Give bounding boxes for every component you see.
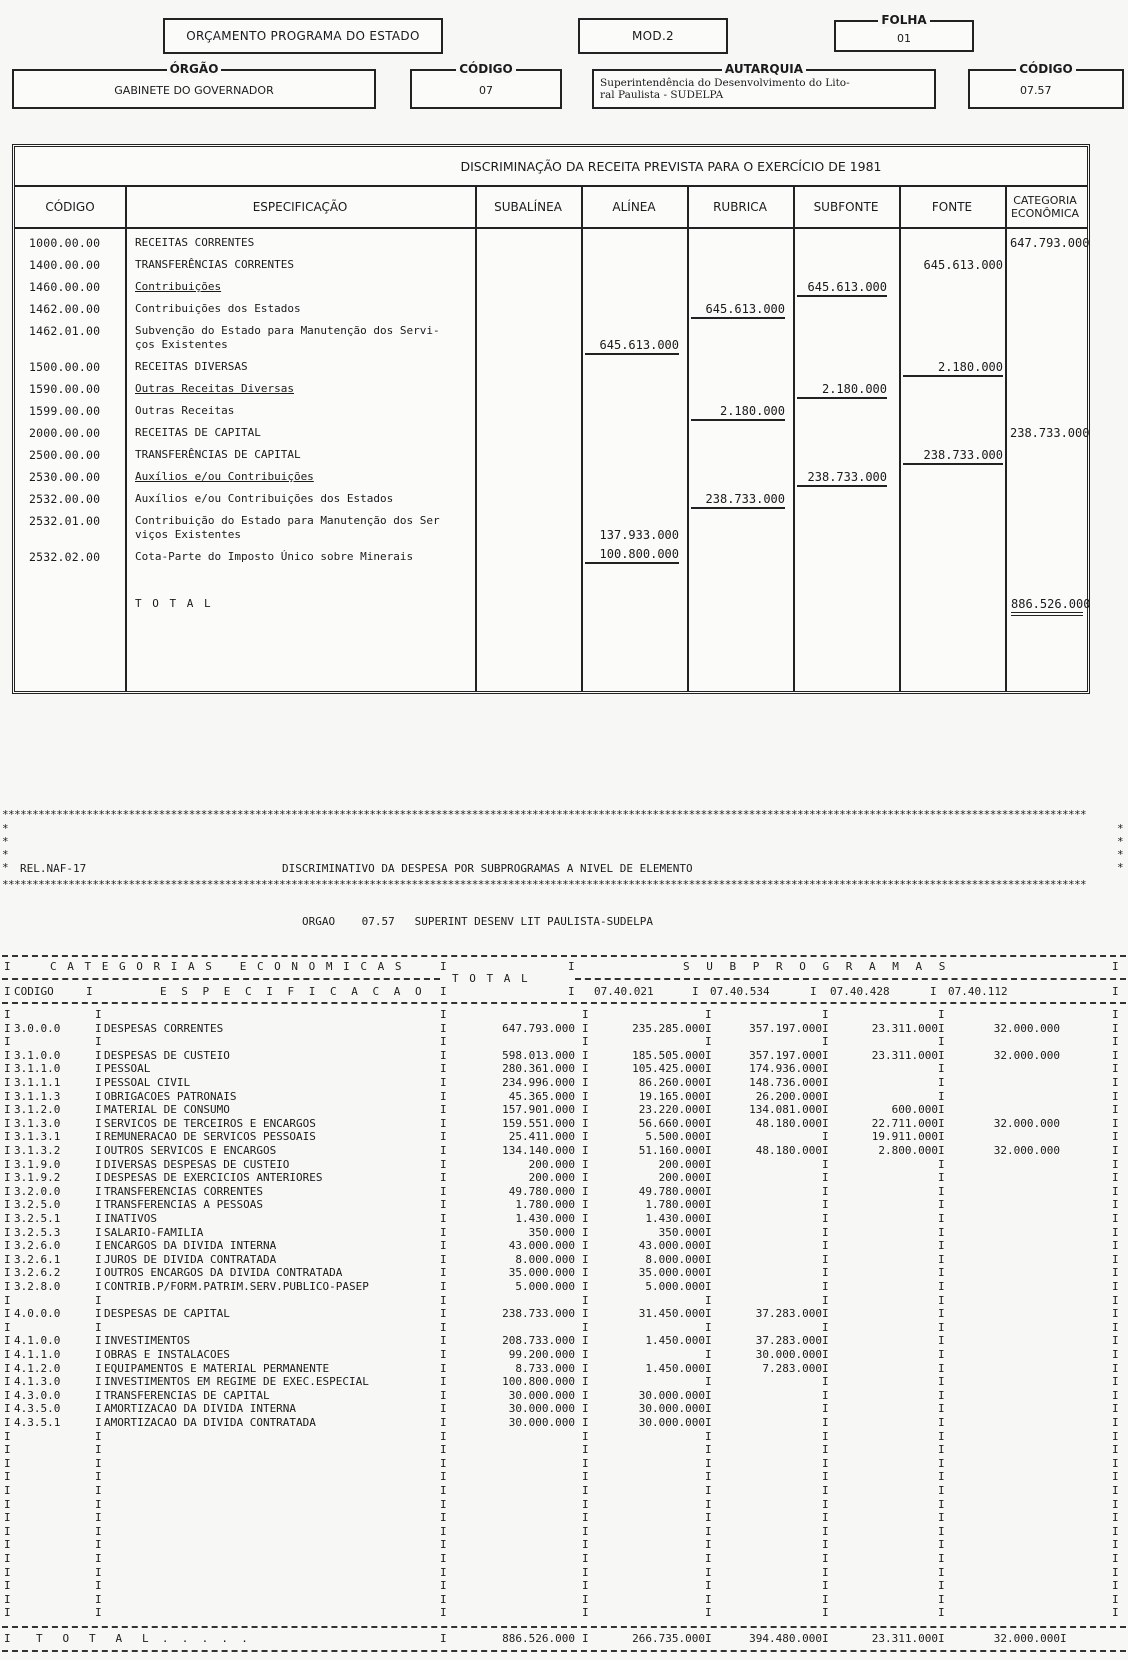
bar-glyph: I <box>705 1008 712 1022</box>
row-subprog-1: 8.000.000 <box>590 1253 705 1267</box>
row-code: 3.2.6.2 <box>14 1266 60 1280</box>
row-code: 3.2.6.1 <box>14 1253 60 1267</box>
bar-glyph: I <box>822 1348 829 1362</box>
row-subprog-2: 30.000.000 <box>712 1348 822 1362</box>
bar-glyph: I <box>938 1239 945 1253</box>
table-row: IIIIIIII <box>0 1484 1128 1498</box>
bar-glyph: I <box>582 1389 589 1403</box>
bar-glyph: I <box>4 1266 11 1280</box>
bar-glyph: I <box>4 1470 11 1484</box>
bar-glyph: I <box>938 1416 945 1430</box>
bar-glyph: I <box>95 1484 102 1498</box>
row-total: 49.780.000 <box>450 1185 575 1199</box>
bar-glyph: I <box>822 1049 829 1063</box>
row-total: 598.013.000 <box>450 1049 575 1063</box>
table-row: I3.2.5.0ITRANSFERENCIAS A PESSOASI1.780.… <box>0 1198 1128 1212</box>
row-code: 3.1.1.0 <box>14 1062 60 1076</box>
bar-glyph: I <box>705 1632 712 1646</box>
bar-glyph: I <box>1112 1430 1119 1444</box>
row-desc: JUROS DE DIVIDA CONTRATADA <box>104 1253 276 1267</box>
bar-glyph: I <box>95 1416 102 1430</box>
bar-glyph: I <box>582 1280 589 1294</box>
bar-glyph: I <box>440 1566 447 1580</box>
table-row: I3.1.1.1IPESSOAL CIVILI234.996.000I86.26… <box>0 1076 1128 1090</box>
bar-glyph: I <box>1112 1090 1119 1104</box>
receita-subfonte: 238.733.000 <box>797 470 887 487</box>
bar-glyph: I <box>582 1022 589 1036</box>
bar-glyph: I <box>822 1470 829 1484</box>
row-subprog-1: 19.165.000 <box>590 1090 705 1104</box>
row-desc: ENCARGOS DA DIVIDA INTERNA <box>104 1239 276 1253</box>
bar-glyph: I <box>4 1144 11 1158</box>
bar-glyph: I <box>938 1294 945 1308</box>
bar-glyph: I <box>1112 1334 1119 1348</box>
table-row: I4.1.2.0IEQUIPAMENTOS E MATERIAL PERMANE… <box>0 1362 1128 1376</box>
bar-glyph: I <box>938 1538 945 1552</box>
bar-glyph: I <box>4 1117 11 1131</box>
bar-glyph: I <box>822 1375 829 1389</box>
bar-glyph: I <box>4 1321 11 1335</box>
table-row: I4.0.0.0IDESPESAS DE CAPITALI238.733.000… <box>0 1307 1128 1321</box>
row-subprog-4: 32.000.000 <box>950 1022 1060 1036</box>
row-total: 25.411.000 <box>450 1130 575 1144</box>
bar-glyph: I <box>1112 1253 1119 1267</box>
bar-glyph: I <box>822 1103 829 1117</box>
bar-glyph: I <box>705 1266 712 1280</box>
table-row: IIIIIIII <box>0 1035 1128 1049</box>
row-subprog-1: 1.430.000 <box>590 1212 705 1226</box>
bar-glyph: I <box>4 1430 11 1444</box>
bar-glyph: I <box>938 1375 945 1389</box>
bar-glyph: I <box>1112 1457 1119 1471</box>
bar-glyph: I <box>938 1566 945 1580</box>
row-total: 200.000 <box>450 1171 575 1185</box>
bar-glyph: I <box>1112 1144 1119 1158</box>
receita-spec: Auxílios e/ou Contribuições <box>135 470 470 484</box>
bar-glyph: I <box>440 1307 447 1321</box>
bar-glyph: I <box>582 1171 589 1185</box>
despesa-total-value: 886.526.000 <box>450 1632 575 1646</box>
bar-glyph: I <box>705 1552 712 1566</box>
row-subprog-2: 357.197.000 <box>712 1049 822 1063</box>
bar-glyph: I <box>938 1632 945 1646</box>
bar-glyph: I <box>440 1593 447 1607</box>
bar-glyph: I <box>440 1389 447 1403</box>
bar-glyph: I <box>705 1144 712 1158</box>
receita-code: 2532.02.00 <box>29 550 124 564</box>
bar-glyph: I <box>4 1525 11 1539</box>
bar-glyph: I <box>4 1593 11 1607</box>
table-row: I3.2.8.0ICONTRIB.P/FORM.PATRIM.SERV.PUBL… <box>0 1280 1128 1294</box>
bar-glyph: I <box>440 1103 447 1117</box>
bar-glyph: I <box>705 1457 712 1471</box>
bar-glyph: I <box>4 985 11 999</box>
bar-glyph: I <box>440 1294 447 1308</box>
receita-categoria: 238.733.000 <box>1010 426 1082 440</box>
folha-value: 01 <box>836 32 972 45</box>
bar-glyph: I <box>705 1579 712 1593</box>
bar-glyph: I <box>705 1158 712 1172</box>
bar-glyph: I <box>95 1062 102 1076</box>
bar-glyph: I <box>95 1212 102 1226</box>
receita-spec: Cota-Parte do Imposto Único sobre Minera… <box>135 550 470 564</box>
bar-glyph: I <box>4 1158 11 1172</box>
bar-glyph: I <box>938 1226 945 1240</box>
bar-glyph: I <box>705 1593 712 1607</box>
bar-glyph: I <box>1112 1606 1119 1620</box>
table-row: IIIIIIII <box>0 1470 1128 1484</box>
row-total: 43.000.000 <box>450 1239 575 1253</box>
bar-glyph: I <box>440 1484 447 1498</box>
bar-glyph: I <box>95 1334 102 1348</box>
bar-glyph: I <box>1112 1307 1119 1321</box>
bar-glyph: I <box>705 1538 712 1552</box>
bar-glyph: I <box>822 1511 829 1525</box>
bar-glyph: I <box>582 1375 589 1389</box>
bar-glyph: I <box>582 1484 589 1498</box>
codigo-label: CÓDIGO <box>456 62 515 76</box>
bar-glyph: I <box>938 1470 945 1484</box>
row-total: 238.733.000 <box>450 1307 575 1321</box>
row-subprog-1: 350.000 <box>590 1226 705 1240</box>
bar-glyph: I <box>938 1498 945 1512</box>
bar-glyph: I <box>95 1239 102 1253</box>
bar-glyph: I <box>1112 1158 1119 1172</box>
subprograma-1: 07.40.021 <box>594 985 654 999</box>
bar-glyph: I <box>4 1253 11 1267</box>
bar-glyph: I <box>582 1090 589 1104</box>
bar-glyph: I <box>582 1511 589 1525</box>
col-header-especificacao: ESPECIFICAÇÃO <box>125 187 475 227</box>
report-title: DISCRIMINATIVO DA DESPESA POR SUBPROGRAM… <box>282 862 693 876</box>
bar-glyph: I <box>4 1632 11 1646</box>
row-total: 45.365.000 <box>450 1090 575 1104</box>
row-subprog-2: 134.081.000 <box>712 1103 822 1117</box>
bar-glyph: I <box>822 1198 829 1212</box>
bar-glyph: I <box>705 1566 712 1580</box>
bar-glyph: I <box>4 1198 11 1212</box>
bar-glyph: I <box>822 1280 829 1294</box>
table-row: I3.2.6.2IOUTROS ENCARGOS DA DIVIDA CONTR… <box>0 1266 1128 1280</box>
bar-glyph: I <box>938 1076 945 1090</box>
bar-glyph: I <box>1112 1076 1119 1090</box>
table-row: I4.3.0.0ITRANSFERENCIAS DE CAPITALI30.00… <box>0 1389 1128 1403</box>
row-total: 350.000 <box>450 1226 575 1240</box>
header-categorias: C A T E G O R I A S E C O N O M I C A S <box>50 960 404 974</box>
bar-glyph: I <box>1112 1103 1119 1117</box>
bar-glyph: I <box>1112 960 1119 974</box>
bar-glyph: I <box>440 1362 447 1376</box>
receita-alinea: 100.800.000 <box>585 547 679 564</box>
bar-glyph: I <box>582 1144 589 1158</box>
bar-glyph: I <box>95 1117 102 1131</box>
receita-code: 1460.00.00 <box>29 280 124 294</box>
bar-glyph: I <box>440 1049 447 1063</box>
table-row: IIIIIIII <box>0 1552 1128 1566</box>
row-total: 8.000.000 <box>450 1253 575 1267</box>
row-desc: OBRAS E INSTALACOES <box>104 1348 230 1362</box>
row-code: 3.2.5.3 <box>14 1226 60 1240</box>
bar-glyph: I <box>1112 1130 1119 1144</box>
row-total: 30.000.000 <box>450 1416 575 1430</box>
dash-line <box>2 955 1126 957</box>
table-row: I3.1.9.2IDESPESAS DE EXERCICIOS ANTERIOR… <box>0 1171 1128 1185</box>
row-subprog-1: 200.000 <box>590 1171 705 1185</box>
bar-glyph: I <box>440 1525 447 1539</box>
codigo-value: 07 <box>412 84 560 97</box>
bar-glyph: I <box>95 1144 102 1158</box>
receita-spec: RECEITAS CORRENTES <box>135 236 470 250</box>
bar-glyph: I <box>938 1606 945 1620</box>
bar-glyph: I <box>1112 1402 1119 1416</box>
bar-glyph: I <box>4 1008 11 1022</box>
receita-spec: Contribuições <box>135 280 470 294</box>
bar-glyph: I <box>822 1185 829 1199</box>
bar-glyph: I <box>4 1239 11 1253</box>
receita-rubrica: 2.180.000 <box>691 404 785 421</box>
form-title-box: ORÇAMENTO PROGRAMA DO ESTADO <box>163 18 443 54</box>
bar-glyph: I <box>95 1266 102 1280</box>
bar-glyph: I <box>4 1498 11 1512</box>
col-header-fonte: FONTE <box>899 187 1005 227</box>
dash-line <box>2 1002 1126 1004</box>
bar-glyph: I <box>4 1362 11 1376</box>
bar-glyph: I <box>440 1022 447 1036</box>
bar-glyph: I <box>440 1239 447 1253</box>
col-divider <box>581 187 583 691</box>
bar-glyph: I <box>582 1239 589 1253</box>
row-desc: AMORTIZACAO DA DIVIDA CONTRATADA <box>104 1416 316 1430</box>
table-row: IIIIIIII <box>0 1430 1128 1444</box>
bar-glyph: I <box>4 1416 11 1430</box>
table-row: IIIIIIII <box>0 1457 1128 1471</box>
bar-glyph: I <box>705 1117 712 1131</box>
bar-glyph: I <box>95 1130 102 1144</box>
bar-glyph: I <box>4 1457 11 1471</box>
subprograma-3: 07.40.428 <box>830 985 890 999</box>
bar-glyph: I <box>440 1171 447 1185</box>
row-subprog-2: 37.283.000 <box>712 1307 822 1321</box>
bar-glyph: I <box>4 1185 11 1199</box>
table-row: I3.1.1.3IOBRIGACOES PATRONAISI45.365.000… <box>0 1090 1128 1104</box>
bar-glyph: I <box>938 1049 945 1063</box>
bar-glyph: I <box>938 1035 945 1049</box>
bar-glyph: I <box>1112 1239 1119 1253</box>
bar-glyph: I <box>822 1538 829 1552</box>
bar-glyph: I <box>582 1062 589 1076</box>
row-subprog-1: 185.505.000 <box>590 1049 705 1063</box>
row-total: 159.551.000 <box>450 1117 575 1131</box>
table-row: I4.1.0.0IINVESTIMENTOSI208.733.000I1.450… <box>0 1334 1128 1348</box>
autarquia-line1: Superintendência do Desenvolvimento do L… <box>600 77 934 89</box>
bar-glyph: I <box>95 1253 102 1267</box>
bar-glyph: I <box>95 1457 102 1471</box>
bar-glyph: I <box>440 1226 447 1240</box>
row-total: 280.361.000 <box>450 1062 575 1076</box>
bar-glyph: I <box>4 1226 11 1240</box>
bar-glyph: I <box>822 1130 829 1144</box>
bar-glyph: I <box>705 1606 712 1620</box>
bar-glyph: I <box>95 1402 102 1416</box>
bar-glyph: I <box>705 1171 712 1185</box>
bar-glyph: I <box>938 1171 945 1185</box>
bar-glyph: I <box>440 1090 447 1104</box>
row-subprog-1: 5.500.000 <box>590 1130 705 1144</box>
bar-glyph: I <box>4 1566 11 1580</box>
receita-code: 2532.01.00 <box>29 514 124 528</box>
bar-glyph: I <box>822 1090 829 1104</box>
row-code: 3.1.9.2 <box>14 1171 60 1185</box>
bar-glyph: I <box>1112 1198 1119 1212</box>
bar-glyph: I <box>1112 1470 1119 1484</box>
bar-glyph: I <box>95 1022 102 1036</box>
bar-glyph: I <box>95 1525 102 1539</box>
bar-glyph: I <box>822 1484 829 1498</box>
bar-glyph: I <box>4 1389 11 1403</box>
row-desc: REMUNERACAO DE SERVICOS PESSOAIS <box>104 1130 316 1144</box>
row-code: 3.2.5.1 <box>14 1212 60 1226</box>
bar-glyph: I <box>440 960 447 974</box>
bar-glyph: I <box>1112 1321 1119 1335</box>
row-code: 4.0.0.0 <box>14 1307 60 1321</box>
stars-border-top: ****************************************… <box>2 808 1126 821</box>
table-row: I3.1.2.0IMATERIAL DE CONSUMOI157.901.000… <box>0 1103 1128 1117</box>
bar-glyph: I <box>705 1334 712 1348</box>
bar-glyph: I <box>95 1511 102 1525</box>
col-header-alinea: ALÍNEA <box>581 187 687 227</box>
bar-glyph: I <box>938 1198 945 1212</box>
bar-glyph: I <box>705 1035 712 1049</box>
table-row: I4.3.5.1IAMORTIZACAO DA DIVIDA CONTRATAD… <box>0 1416 1128 1430</box>
row-total: 8.733.000 <box>450 1362 575 1376</box>
bar-glyph: I <box>938 1430 945 1444</box>
bar-glyph: I <box>938 1212 945 1226</box>
despesa-total-s1: 266.735.000 <box>590 1632 705 1646</box>
row-subprog-1: 5.000.000 <box>590 1280 705 1294</box>
row-desc: AMORTIZACAO DA DIVIDA INTERNA <box>104 1402 296 1416</box>
bar-glyph: I <box>582 1158 589 1172</box>
bar-glyph: I <box>440 1457 447 1471</box>
bar-glyph: I <box>4 1511 11 1525</box>
row-desc: INVESTIMENTOS EM REGIME DE EXEC.ESPECIAL <box>104 1375 369 1389</box>
bar-glyph: I <box>705 1416 712 1430</box>
row-code: 4.1.3.0 <box>14 1375 60 1389</box>
bar-glyph: I <box>582 1198 589 1212</box>
bar-glyph: I <box>938 1484 945 1498</box>
row-code: 3.1.1.1 <box>14 1076 60 1090</box>
bar-glyph: I <box>582 1443 589 1457</box>
autarquia-line2: ral Paulista - SUDELPA <box>600 89 934 101</box>
bar-glyph: I <box>440 1130 447 1144</box>
bar-glyph: I <box>1112 1443 1119 1457</box>
bar-glyph: I <box>95 1049 102 1063</box>
header-total: T O T A L <box>452 972 530 986</box>
bar-glyph: I <box>4 1076 11 1090</box>
bar-glyph: I <box>822 1579 829 1593</box>
header-subprogramas: S U B P R O G R A M A S <box>683 960 950 974</box>
receita-alinea: 137.933.000 <box>585 528 679 542</box>
bar-glyph: I <box>95 1185 102 1199</box>
bar-glyph: I <box>705 1198 712 1212</box>
bar-glyph: I <box>4 1579 11 1593</box>
row-total: 30.000.000 <box>450 1402 575 1416</box>
row-code: 3.2.6.0 <box>14 1239 60 1253</box>
row-subprog-2: 174.936.000 <box>712 1062 822 1076</box>
bar-glyph: I <box>4 1280 11 1294</box>
star-left: **** <box>2 822 9 874</box>
bar-glyph: I <box>86 985 93 999</box>
bar-glyph: I <box>822 1443 829 1457</box>
bar-glyph: I <box>705 1103 712 1117</box>
bar-glyph: I <box>582 1049 589 1063</box>
bar-glyph: I <box>705 1307 712 1321</box>
row-total: 157.901.000 <box>450 1103 575 1117</box>
bar-glyph: I <box>95 1470 102 1484</box>
bar-glyph: I <box>440 1498 447 1512</box>
row-subprog-1: 35.000.000 <box>590 1266 705 1280</box>
row-subprog-3: 19.911.000 <box>830 1130 938 1144</box>
bar-glyph: I <box>582 1470 589 1484</box>
bar-glyph: I <box>582 1430 589 1444</box>
bar-glyph: I <box>568 985 575 999</box>
bar-glyph: I <box>582 1579 589 1593</box>
bar-glyph: I <box>705 1239 712 1253</box>
bar-glyph: I <box>822 1606 829 1620</box>
report-id: REL.NAF-17 <box>20 862 86 876</box>
bar-glyph: I <box>4 1090 11 1104</box>
table-row: I3.2.5.3ISALARIO-FAMILIAI350.000I350.000… <box>0 1226 1128 1240</box>
bar-glyph: I <box>4 1294 11 1308</box>
bar-glyph: I <box>440 1280 447 1294</box>
bar-glyph: I <box>705 1430 712 1444</box>
row-total: 234.996.000 <box>450 1076 575 1090</box>
orgao-value: GABINETE DO GOVERNADOR <box>14 84 374 97</box>
bar-glyph: I <box>938 1389 945 1403</box>
bar-glyph: I <box>822 1525 829 1539</box>
bar-glyph: I <box>1112 1035 1119 1049</box>
bar-glyph: I <box>705 1185 712 1199</box>
receita-fonte: 645.613.000 <box>903 258 1003 272</box>
table-row: IIIIIIII <box>0 1606 1128 1620</box>
row-subprog-1: 1.450.000 <box>590 1334 705 1348</box>
bar-glyph: I <box>822 1117 829 1131</box>
subprograma-4: 07.40.112 <box>948 985 1008 999</box>
bar-glyph: I <box>1112 1389 1119 1403</box>
row-subprog-3: 2.800.000 <box>830 1144 938 1158</box>
row-desc: INATIVOS <box>104 1212 157 1226</box>
star-right: **** <box>1117 822 1124 874</box>
row-subprog-2: 48.180.000 <box>712 1117 822 1131</box>
codigo2-value: 07.57 <box>1020 84 1122 97</box>
receita-spec: Outras Receitas <box>135 404 470 418</box>
bar-glyph: I <box>582 1606 589 1620</box>
bar-glyph: I <box>95 1158 102 1172</box>
bar-glyph: I <box>822 1144 829 1158</box>
bar-glyph: I <box>938 1593 945 1607</box>
bar-glyph: I <box>440 1348 447 1362</box>
bar-glyph: I <box>822 1062 829 1076</box>
table-row: I4.1.1.0IOBRAS E INSTALACOESI99.200.000I… <box>0 1348 1128 1362</box>
bar-glyph: I <box>95 1362 102 1376</box>
codigo2-box: CÓDIGO 07.57 <box>968 69 1124 109</box>
bar-glyph: I <box>582 1416 589 1430</box>
bar-glyph: I <box>822 1035 829 1049</box>
bar-glyph: I <box>938 1185 945 1199</box>
bar-glyph: I <box>95 1606 102 1620</box>
bar-glyph: I <box>440 1144 447 1158</box>
bar-glyph: I <box>938 1144 945 1158</box>
bar-glyph: I <box>582 1348 589 1362</box>
